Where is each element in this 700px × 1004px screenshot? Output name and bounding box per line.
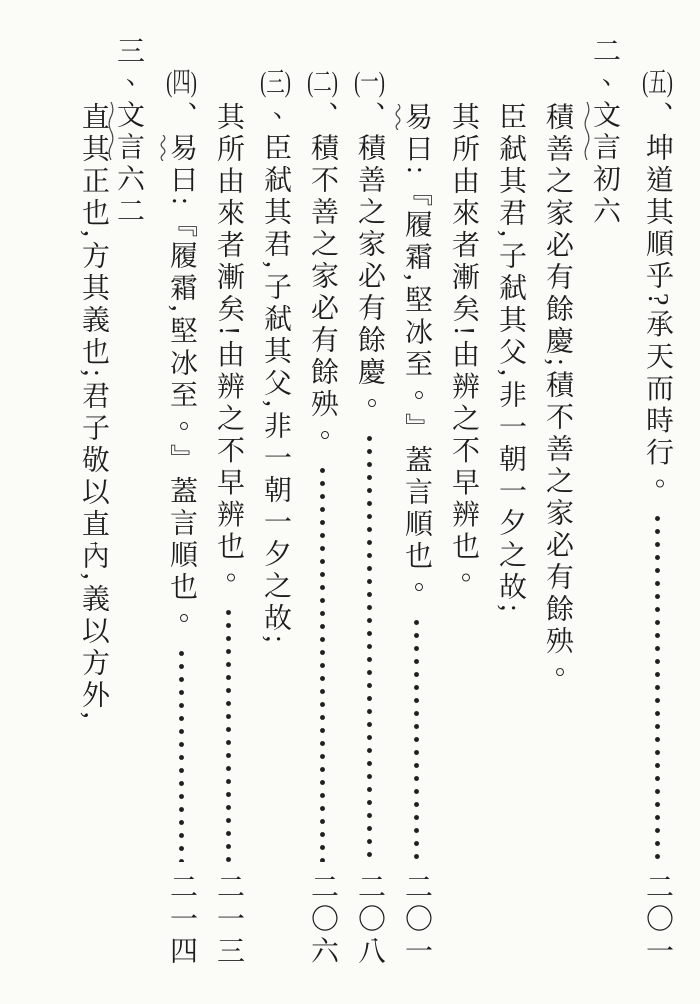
dot-leader [413,613,420,862]
entry-number: (三) [260,69,291,97]
entry-text: 積不善之家必有餘殃。 [306,133,339,453]
book-title-text: 文言 [589,100,620,164]
book-title-text: 易 [400,102,433,134]
entry-text: 臣弒其君,子弒其父,非一朝一夕之故; [260,133,291,647]
enumeration-mark: 、 [113,68,144,100]
quote-text: 直其正也,方其義也;君子敬以直內,義以方外, [78,102,109,723]
book-title-label: 文言 [589,100,620,164]
book-title-text: 易 [165,133,198,165]
quote-text: 其所由來者漸矣!由辨之不早辨也。 [448,102,479,595]
page-number: 二〇一 [400,872,433,968]
scanned-toc-page: { "colors": { "background": "#fbfbf8", "… [0,0,700,1004]
book-title-wavy-mark-icon [584,102,590,160]
page-number: 二一三 [212,872,245,968]
section-header-2: 二、文言初六 [588,0,621,1004]
entry-text: 坤道其順乎?承天而時行。 [641,133,674,501]
dot-leader [225,603,232,862]
quote-body-column-with-page: 易曰:『履霜,堅冰至。』蓋言順也。 二〇一 [400,0,433,1004]
entry-number: (一) [353,69,386,97]
section-header-3: 三、文言六二 [112,0,145,1004]
enumeration-mark: 、 [589,68,620,100]
book-title-wavy-mark-icon [108,102,114,160]
dot-leader [366,429,373,862]
page-number: 二〇六 [306,872,339,968]
quote-text: 臣弒其君,子弒其父,非一朝一夕之故; [495,102,526,616]
quote-text: 積善之家必有餘慶;積不善之家必有餘殃。 [542,102,573,690]
quote-body-column: 其所由來者漸矣!由辨之不早辨也。 [447,0,480,1004]
book-title-label: 易 [401,102,432,134]
section-number: 二 [589,36,620,68]
toc-entry-item-3: (三)、臣弒其君,子弒其父,非一朝一夕之故; [259,0,292,1004]
quote-body-column: 臣弒其君,子弒其父,非一朝一夕之故; [494,0,527,1004]
section-title-text: 初六 [589,164,620,228]
entry-number: (五) [641,69,674,97]
book-title-label: 文言 [113,100,144,164]
book-title-wavy-mark-icon [395,104,401,130]
enumeration-mark: 、 [306,101,339,133]
book-title-wavy-mark-icon [160,135,166,161]
quote-text: 曰:『履霜,堅冰至。』蓋言順也。 [400,134,433,605]
quote-body-column: 直其正也,方其義也;君子敬以直內,義以方外, [77,0,110,1004]
book-title-text: 文言 [113,100,144,164]
toc-entry-item-5: (五)、坤道其順乎?承天而時行。 二〇一 [641,0,674,1004]
toc-page: (五)、坤道其順乎?承天而時行。 二〇一 二、文言初六 積善之家必有餘慶;積不善… [0,0,700,1004]
enumeration-mark: 、 [353,101,386,133]
toc-entry-continuation: 其所由來者漸矣!由辨之不早辨也。 二一三 [212,0,245,1004]
toc-entry-item-1: (一)、積善之家必有餘慶。 二〇八 [353,0,386,1004]
toc-entry-item-2: (二)、積不善之家必有餘殃。 二〇六 [306,0,339,1004]
enumeration-mark: 、 [260,101,291,133]
section-number: 三 [113,36,144,68]
entry-text: 積善之家必有餘慶。 [353,133,386,421]
dot-leader [654,509,661,862]
entry-number: (四) [165,69,198,97]
entry-number: (二) [306,69,339,97]
dot-leader [178,644,185,862]
page-number: 二一四 [165,872,198,968]
book-title-label: 易 [166,133,197,165]
entry-text: 其所由來者漸矣!由辨之不早辨也。 [212,102,245,595]
page-number: 二〇八 [353,872,386,968]
enumeration-mark: 、 [165,101,198,133]
quote-body-column: 積善之家必有餘慶;積不善之家必有餘殃。 [541,0,574,1004]
section-title-text: 六二 [113,164,144,228]
toc-entry-item-4: (四)、易曰:『履霜,堅冰至。』蓋言順也。 二一四 [165,0,198,1004]
enumeration-mark: 、 [641,101,674,133]
entry-text: 曰:『履霜,堅冰至。』蓋言順也。 [165,165,198,636]
page-number: 二〇一 [641,872,674,968]
dot-leader [319,461,326,862]
